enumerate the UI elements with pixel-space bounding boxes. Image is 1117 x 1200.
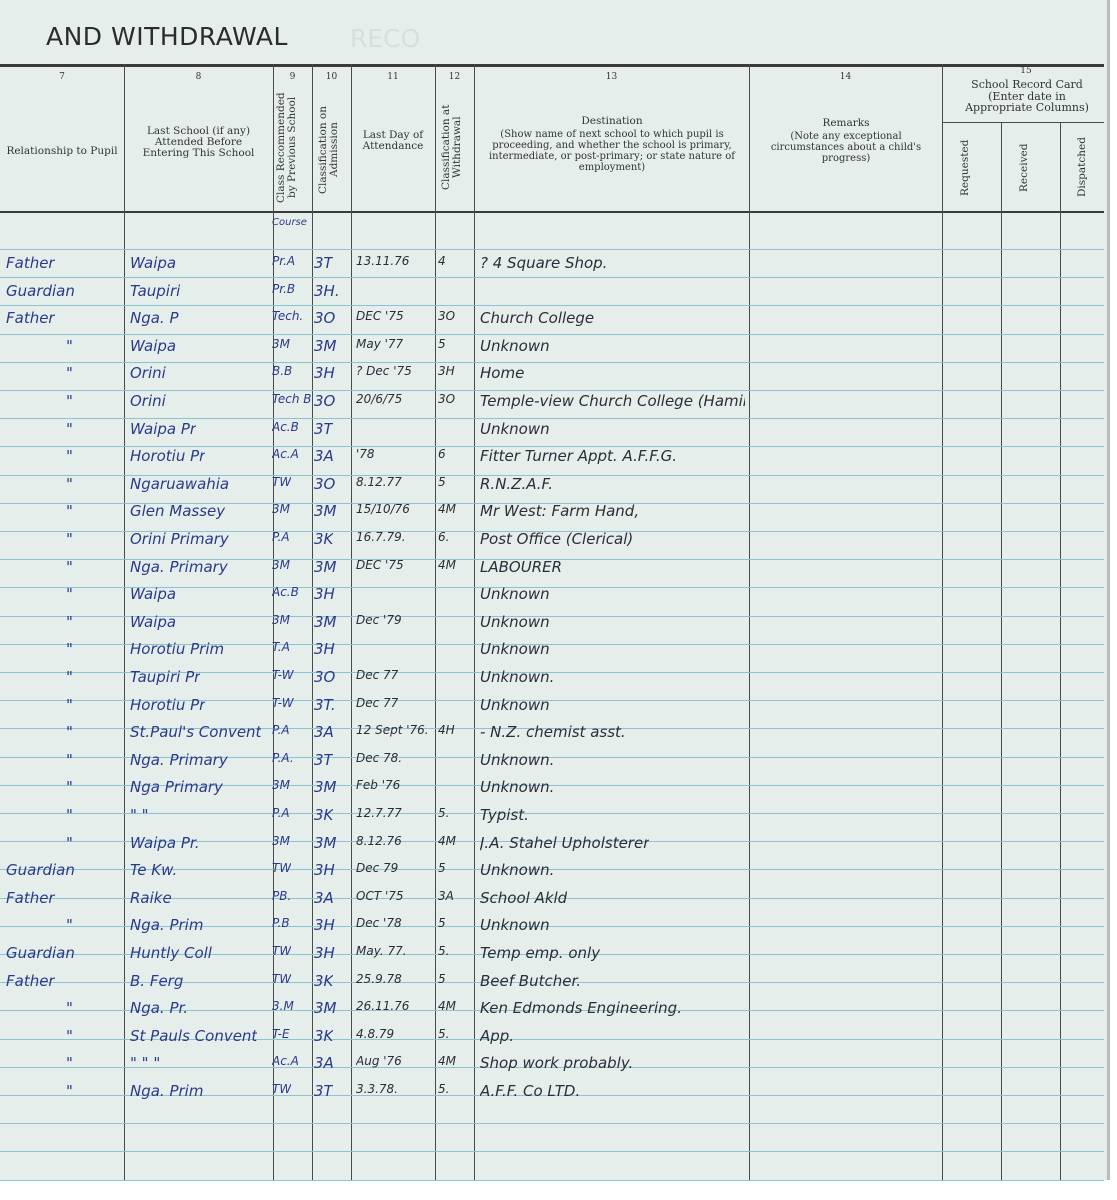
class-recommended-cell: TW: [272, 944, 291, 958]
class-recommended-cell: TW: [272, 972, 291, 986]
last-school-cell: Nga. P: [130, 309, 179, 327]
last-school-cell: B. Ferg: [130, 972, 183, 990]
column-divider: [1001, 122, 1002, 1180]
last-school-cell: Nga. Primary: [130, 558, 228, 576]
column-divider: [942, 64, 943, 1180]
column-divider: [749, 64, 750, 1180]
classification-withdrawal-cell: 5.: [438, 806, 449, 820]
header-bottom-rule: [0, 211, 1104, 213]
destination-cell: Unknown.: [480, 668, 554, 686]
destination-cell: Unknown: [480, 696, 550, 714]
header-last-school: Last School (if any) Attended Before Ent…: [130, 126, 267, 159]
ruled-line: [0, 1151, 1104, 1152]
last-school-cell: Waipa: [130, 254, 176, 272]
classification-admission-cell: 3T: [314, 254, 333, 272]
destination-cell: App.: [480, 1027, 514, 1045]
relationship-cell: ": [66, 1027, 73, 1045]
classification-withdrawal-cell: 5: [438, 861, 446, 875]
last-day-cell: 12 Sept '76.: [356, 723, 429, 737]
classification-admission-cell: 3H: [314, 640, 335, 658]
header-relationship: Relationship to Pupil: [4, 146, 120, 157]
last-day-cell: 13.11.76: [356, 254, 409, 268]
relationship-cell: ": [66, 696, 73, 714]
last-day-cell: Aug '76: [356, 1054, 402, 1068]
classification-withdrawal-cell: 3O: [438, 392, 455, 406]
top-rule: [0, 64, 1104, 67]
relationship-cell: ": [66, 585, 73, 603]
col-8-number: 8: [124, 72, 273, 82]
destination-cell: Unknown: [480, 613, 550, 631]
ruled-line: [0, 813, 1104, 814]
last-school-cell: Nga. Pr.: [130, 999, 188, 1017]
last-day-cell: Dec 77: [356, 668, 398, 682]
classification-withdrawal-cell: 5: [438, 475, 446, 489]
class-recommended-cell: 3M: [272, 337, 290, 351]
last-day-cell: Dec 78.: [356, 751, 402, 765]
column-divider: [474, 64, 475, 1180]
last-school-cell: Nga Primary: [130, 778, 223, 796]
class-recommended-cell: Pr.B: [272, 282, 295, 296]
last-day-cell: Feb '76: [356, 778, 400, 792]
class-recommended-cell: 3.M: [272, 999, 294, 1013]
record-card-subrule: [943, 122, 1104, 123]
last-school-cell: Waipa: [130, 613, 176, 631]
destination-cell: Typist.: [480, 806, 529, 824]
last-school-cell: St.Paul's Convent: [130, 723, 261, 741]
last-day-cell: Dec 79: [356, 861, 398, 875]
classification-admission-cell: 3M: [314, 613, 337, 631]
relationship-cell: ": [66, 475, 73, 493]
classification-admission-cell: 3O: [314, 309, 335, 327]
header-class-recommended: Class Recommended by Previous School: [276, 90, 310, 205]
page-title: AND WITHDRAWAL: [46, 22, 288, 51]
header-dispatched: Dispatched: [1077, 130, 1101, 205]
col-15-number: 15: [942, 66, 1110, 76]
destination-cell: Temple-view Church College (Hamilton): [480, 392, 745, 410]
class-recommended-cell: P.A: [272, 530, 290, 544]
classification-withdrawal-cell: 3A: [438, 889, 454, 903]
class-recommended-cell: PB.: [272, 889, 291, 903]
last-school-cell: Glen Massey: [130, 502, 225, 520]
last-school-cell: Orini: [130, 392, 166, 410]
classification-withdrawal-cell: 4M: [438, 1054, 456, 1068]
last-school-cell: Taupiri: [130, 282, 180, 300]
relationship-cell: ": [66, 834, 73, 852]
last-day-cell: OCT '75: [356, 889, 404, 903]
last-school-cell: Waipa: [130, 337, 176, 355]
destination-cell: Unknown.: [480, 861, 554, 879]
classification-admission-cell: 3A: [314, 723, 334, 741]
bleed-through-text: RECO: [350, 24, 420, 53]
destination-cell: Unknown: [480, 916, 550, 934]
last-school-cell: Ngaruawahia: [130, 475, 229, 493]
last-school-cell: Waipa: [130, 585, 176, 603]
last-school-cell: Horotiu Pr: [130, 696, 205, 714]
register-page: AND WITHDRAWAL RECO 7 8 9 10 11 12 13 14…: [0, 0, 1110, 1180]
last-school-cell: Te Kw.: [130, 861, 177, 879]
last-school-cell: Orini Primary: [130, 530, 229, 548]
classification-withdrawal-cell: 5: [438, 916, 446, 930]
destination-cell: Mr West: Farm Hand,: [480, 502, 639, 520]
classification-withdrawal-cell: 3O: [438, 309, 455, 323]
col-7-number: 7: [0, 72, 124, 82]
classification-admission-cell: 3O: [314, 668, 335, 686]
last-day-cell: May '77: [356, 337, 403, 351]
last-school-cell: Taupiri Pr: [130, 668, 200, 686]
last-day-cell: 8.12.77: [356, 475, 402, 489]
relationship-cell: ": [66, 778, 73, 796]
relationship-cell: Father: [6, 309, 55, 327]
destination-cell: School Akld: [480, 889, 567, 907]
header-destination: Destination: [480, 116, 744, 127]
relationship-cell: ": [66, 558, 73, 576]
class-recommended-cell: Ac.A: [272, 447, 299, 461]
column-divider: [124, 64, 125, 1180]
classification-admission-cell: 3H: [314, 585, 335, 603]
destination-cell: Unknown.: [480, 751, 554, 769]
classification-admission-cell: 3M: [314, 337, 337, 355]
classification-admission-cell: 3T: [314, 751, 333, 769]
class-recommended-cell: P.A: [272, 723, 290, 737]
class-recommended-cell: 3M: [272, 778, 290, 792]
class-recommended-cell: Ac.B: [272, 585, 299, 599]
classification-admission-cell: 3H.: [314, 282, 340, 300]
column-divider: [351, 64, 352, 1180]
classification-withdrawal-cell: 4M: [438, 999, 456, 1013]
last-day-cell: Dec 77: [356, 696, 398, 710]
last-day-cell: 16.7.79.: [356, 530, 406, 544]
header-destination-note: (Show name of next school to which pupil…: [480, 129, 744, 173]
relationship-cell: Father: [6, 889, 55, 907]
class-recommended-cell: TW: [272, 475, 291, 489]
relationship-cell: ": [66, 999, 73, 1017]
destination-cell: Beef Butcher.: [480, 972, 581, 990]
class-recommended-cell: Pr.A: [272, 254, 295, 268]
header-record-card-note: (Enter date in Appropriate Columns): [956, 91, 1098, 113]
classification-withdrawal-cell: 4M: [438, 834, 456, 848]
ruled-line: [0, 249, 1104, 250]
destination-cell: Post Office (Clerical): [480, 530, 633, 548]
last-school-cell: Horotiu Pr: [130, 447, 205, 465]
relationship-cell: ": [66, 1054, 73, 1072]
relationship-cell: ": [66, 806, 73, 824]
header-last-day: Last Day of Attendance: [356, 130, 430, 152]
relationship-cell: Father: [6, 972, 55, 990]
classification-admission-cell: 3M: [314, 778, 337, 796]
classification-withdrawal-cell: 5.: [438, 1027, 449, 1041]
classification-withdrawal-cell: 4H: [438, 723, 455, 737]
last-school-cell: St Pauls Convent: [130, 1027, 257, 1045]
classification-admission-cell: 3K: [314, 1027, 333, 1045]
class-recommended-cell: Tech B: [272, 392, 311, 406]
relationship-cell: ": [66, 751, 73, 769]
class-recommended-cell: TW: [272, 1082, 291, 1096]
ruled-line: [0, 390, 1104, 391]
classification-withdrawal-cell: 5.: [438, 1082, 449, 1096]
class-recommended-cell: 3M: [272, 502, 290, 516]
relationship-cell: Guardian: [6, 944, 75, 962]
last-day-cell: 15/10/76: [356, 502, 410, 516]
relationship-cell: ": [66, 1082, 73, 1100]
class-recommended-cell: P.B: [272, 916, 290, 930]
classification-admission-cell: 3H: [314, 364, 335, 382]
classification-withdrawal-cell: 6: [438, 447, 446, 461]
class-recommended-cell: Ac.B: [272, 420, 299, 434]
ruled-line: [0, 418, 1104, 419]
destination-cell: Unknown: [480, 640, 550, 658]
class-recommended-cell: T.A: [272, 640, 290, 654]
class-recommended-cell: 3M: [272, 558, 290, 572]
header-requested: Requested: [960, 130, 984, 205]
classification-admission-cell: 3H: [314, 916, 335, 934]
classification-admission-cell: 3T: [314, 420, 333, 438]
last-school-cell: Raike: [130, 889, 172, 907]
relationship-cell: ": [66, 420, 73, 438]
classification-withdrawal-cell: 4: [438, 254, 446, 268]
relationship-cell: ": [66, 723, 73, 741]
classification-admission-cell: 3K: [314, 806, 333, 824]
course-note: Course: [272, 217, 307, 228]
col-13-number: 13: [474, 72, 749, 82]
destination-cell: Church College: [480, 309, 594, 327]
classification-admission-cell: 3M: [314, 502, 337, 520]
class-recommended-cell: Tech.: [272, 309, 303, 323]
classification-admission-cell: 3K: [314, 530, 333, 548]
classification-admission-cell: 3M: [314, 999, 337, 1017]
col-11-number: 11: [351, 72, 435, 82]
class-recommended-cell: P.A: [272, 806, 290, 820]
classification-withdrawal-cell: 3H: [438, 364, 455, 378]
ruled-line: [0, 277, 1104, 278]
last-day-cell: 4.8.79: [356, 1027, 394, 1041]
class-recommended-cell: Ac.A: [272, 1054, 299, 1068]
class-recommended-cell: T-W: [272, 668, 294, 682]
classification-admission-cell: 3A: [314, 1054, 334, 1072]
classification-admission-cell: 3H: [314, 944, 335, 962]
classification-admission-cell: 3K: [314, 972, 333, 990]
last-school-cell: " ": [130, 806, 149, 824]
relationship-cell: Guardian: [6, 282, 75, 300]
last-school-cell: Orini: [130, 364, 166, 382]
ruled-line: [0, 1123, 1104, 1124]
header-classification-withdrawal: Classification at Withdrawal: [441, 92, 469, 202]
class-recommended-cell: 3M: [272, 613, 290, 627]
classification-admission-cell: 3M: [314, 834, 337, 852]
last-school-cell: Waipa Pr: [130, 420, 196, 438]
last-day-cell: Dec '79: [356, 613, 402, 627]
last-school-cell: Nga. Primary: [130, 751, 228, 769]
last-day-cell: May. 77.: [356, 944, 407, 958]
ruled-line: [0, 334, 1104, 335]
last-day-cell: 12.7.77: [356, 806, 402, 820]
last-day-cell: '78: [356, 447, 375, 461]
last-day-cell: DEC '75: [356, 558, 404, 572]
last-day-cell: 20/6/75: [356, 392, 402, 406]
classification-withdrawal-cell: 4M: [438, 558, 456, 572]
relationship-cell: ": [66, 530, 73, 548]
header-record-card: School Record Card: [950, 79, 1104, 90]
header-received: Received: [1019, 130, 1043, 205]
class-recommended-cell: P.A.: [272, 751, 294, 765]
classification-admission-cell: 3T.: [314, 696, 336, 714]
destination-cell: Unknown.: [480, 778, 554, 796]
class-recommended-cell: TW: [272, 861, 291, 875]
destination-cell: ? 4 Square Shop.: [480, 254, 607, 272]
destination-cell: Ken Edmonds Engineering.: [480, 999, 682, 1017]
destination-cell: Unknown: [480, 420, 550, 438]
relationship-cell: Guardian: [6, 861, 75, 879]
relationship-cell: ": [66, 392, 73, 410]
column-divider: [312, 64, 313, 1180]
relationship-cell: Father: [6, 254, 55, 272]
destination-cell: R.N.Z.A.F.: [480, 475, 553, 493]
col-9-number: 9: [273, 72, 312, 82]
classification-admission-cell: 3A: [314, 889, 334, 907]
relationship-cell: ": [66, 916, 73, 934]
last-day-cell: DEC '75: [356, 309, 404, 323]
class-recommended-cell: B.B: [272, 364, 292, 378]
class-recommended-cell: T-E: [272, 1027, 290, 1041]
destination-cell: LABOURER: [480, 558, 562, 576]
relationship-cell: ": [66, 668, 73, 686]
relationship-cell: ": [66, 640, 73, 658]
last-day-cell: 3.3.78.: [356, 1082, 398, 1096]
col-12-number: 12: [435, 72, 474, 82]
ruled-line: [0, 305, 1104, 306]
last-school-cell: Nga. Prim: [130, 916, 203, 934]
ruled-line: [0, 1180, 1104, 1181]
last-day-cell: 8.12.76: [356, 834, 402, 848]
relationship-cell: ": [66, 364, 73, 382]
column-divider: [435, 64, 436, 1180]
destination-cell: Fitter Turner Appt. A.F.F.G.: [480, 447, 677, 465]
classification-admission-cell: 3O: [314, 475, 335, 493]
classification-admission-cell: 3H: [314, 861, 335, 879]
column-divider: [1060, 122, 1061, 1180]
classification-admission-cell: 3A: [314, 447, 334, 465]
last-day-cell: ? Dec '75: [356, 364, 412, 378]
classification-withdrawal-cell: 5.: [438, 944, 449, 958]
classification-withdrawal-cell: 5: [438, 337, 446, 351]
relationship-cell: ": [66, 337, 73, 355]
ruled-line: [0, 362, 1104, 363]
destination-cell: A.F.F. Co LTD.: [480, 1082, 580, 1100]
classification-withdrawal-cell: 4M: [438, 502, 456, 516]
last-day-cell: 25.9.78: [356, 972, 402, 986]
classification-withdrawal-cell: 6.: [438, 530, 449, 544]
col-14-number: 14: [749, 72, 942, 82]
header-classification-admission: Classification on Admission: [318, 100, 346, 200]
header-remarks: Remarks: [760, 118, 932, 129]
classification-admission-cell: 3O: [314, 392, 335, 410]
relationship-cell: ": [66, 447, 73, 465]
header-remarks-note: (Note any exceptional circumstances abou…: [770, 131, 922, 164]
relationship-cell: ": [66, 613, 73, 631]
relationship-cell: ": [66, 502, 73, 520]
classification-withdrawal-cell: 5: [438, 972, 446, 986]
last-school-cell: Horotiu Prim: [130, 640, 224, 658]
classification-admission-cell: 3M: [314, 558, 337, 576]
last-day-cell: Dec '78: [356, 916, 402, 930]
last-day-cell: 26.11.76: [356, 999, 409, 1013]
destination-cell: J.A. Stahel Upholsterer: [480, 834, 649, 852]
destination-cell: Temp emp. only: [480, 944, 600, 962]
destination-cell: - N.Z. chemist asst.: [480, 723, 626, 741]
destination-cell: Unknown: [480, 585, 550, 603]
last-school-cell: " " ": [130, 1054, 160, 1072]
class-recommended-cell: 3M: [272, 834, 290, 848]
last-school-cell: Huntly Coll: [130, 944, 212, 962]
destination-cell: Home: [480, 364, 524, 382]
class-recommended-cell: T-W: [272, 696, 294, 710]
destination-cell: Shop work probably.: [480, 1054, 633, 1072]
col-10-number: 10: [312, 72, 351, 82]
last-school-cell: Waipa Pr.: [130, 834, 199, 852]
last-school-cell: Nga. Prim: [130, 1082, 203, 1100]
classification-admission-cell: 3T: [314, 1082, 333, 1100]
destination-cell: Unknown: [480, 337, 550, 355]
